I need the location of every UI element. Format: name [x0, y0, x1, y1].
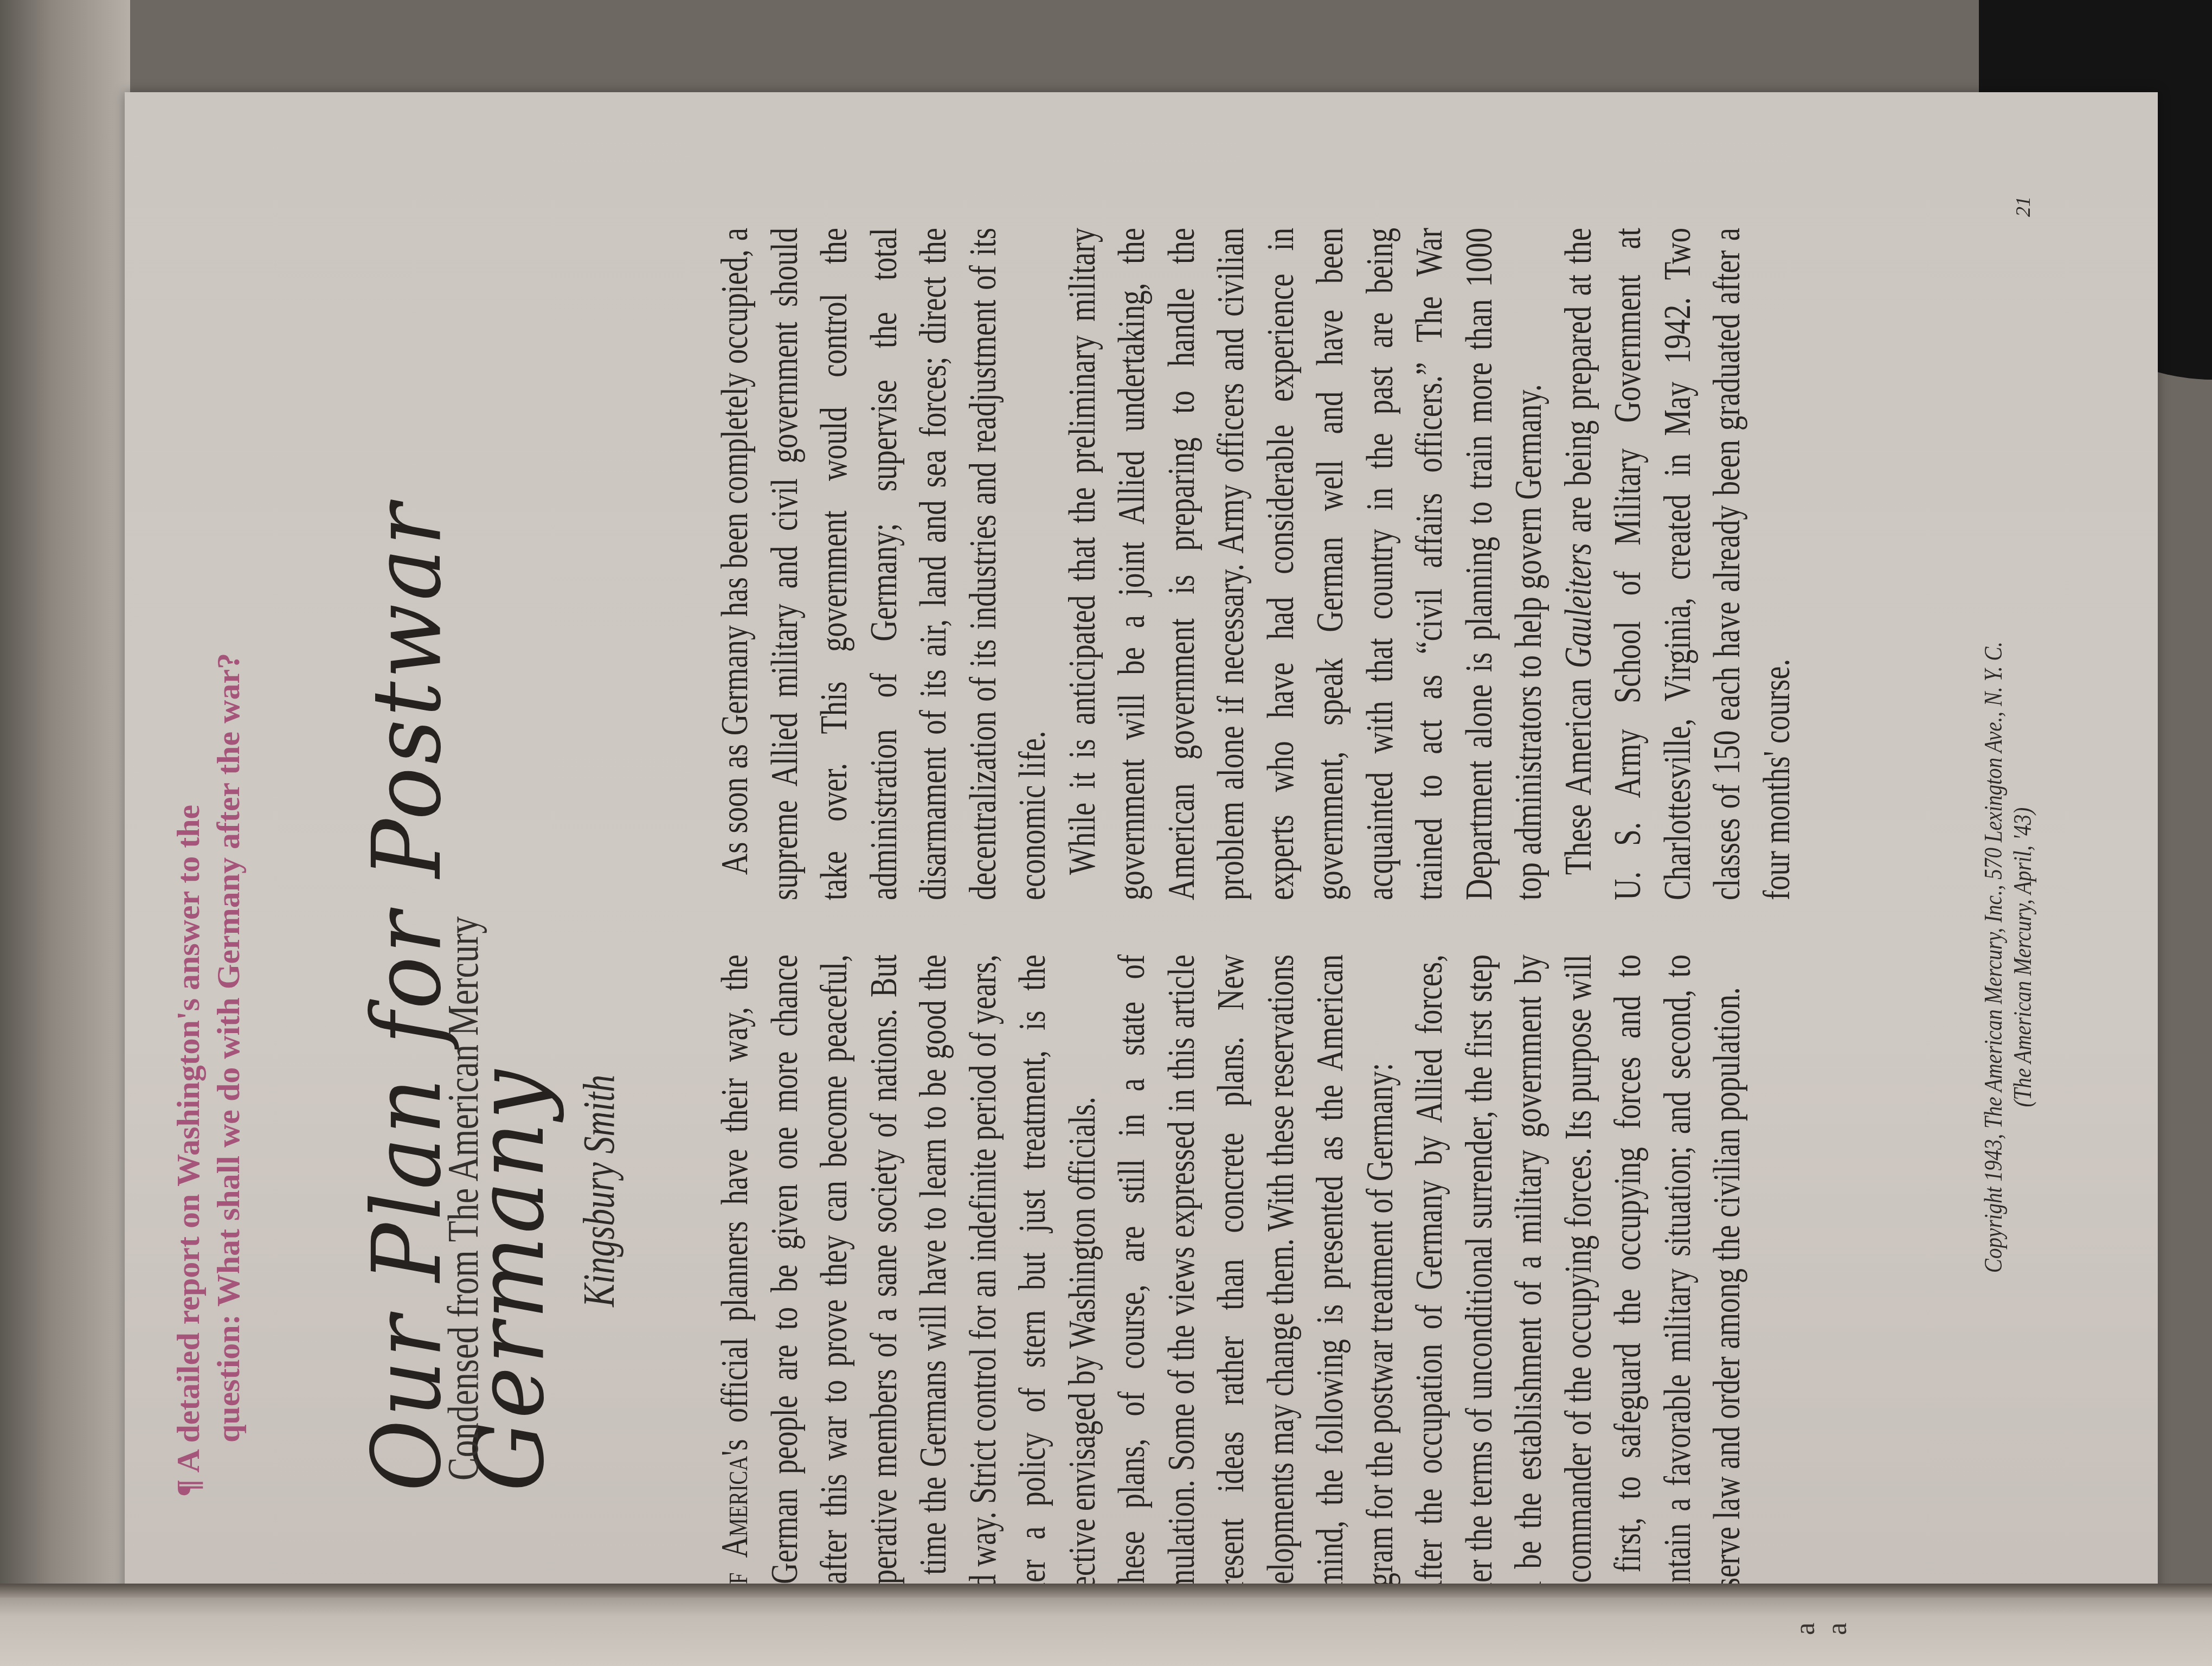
lead-smallcaps: f America — [714, 1456, 756, 1584]
copyright-footer: Copyright 1943, The American Mercury, In… — [1979, 450, 2037, 1464]
author-byline: Kingsbury Smith — [575, 884, 623, 1307]
deck-line-2: question: What shall we do with Germany … — [208, 412, 248, 1497]
paragraph-4: As soon as Germany has been completely o… — [710, 228, 1058, 900]
facing-page-text-fragments: a e; is to a o’ — [1789, 1584, 1853, 1635]
italic-term: Gauleiters — [1558, 543, 1599, 669]
pilcrow-icon: ¶ — [170, 1479, 206, 1497]
left-column-text: If America's official planners have thei… — [710, 954, 1752, 1627]
fragment: a — [1789, 1601, 1821, 1635]
paragraph-1-text: 's official planners have their way, the… — [714, 954, 1103, 1627]
facing-page: a e; is to a o’ — [0, 1584, 2212, 1666]
paragraph-1: If America's official planners have thei… — [710, 954, 1107, 1627]
book-underpage-strip — [0, 0, 130, 1666]
page-number: 21 — [2011, 196, 2035, 217]
fragment: a — [1821, 1601, 1853, 1635]
magazine-page: ¶A detailed report on Washington's answe… — [125, 92, 2158, 1627]
paragraph-5: While it is anticipated that the prelimi… — [1058, 228, 1554, 900]
right-column: As soon as Germany has been completely o… — [710, 228, 1802, 900]
source-line: (The American Mercury, April, '43) — [2008, 450, 2037, 1464]
page-edge-shadow — [0, 1584, 2212, 1598]
right-column-text: As soon as Germany has been completely o… — [710, 228, 1802, 900]
paragraph-3: After the occupation of Germany by Allie… — [1405, 954, 1752, 1627]
paragraph-2: These plans, of course, are still in a s… — [1107, 954, 1405, 1627]
page-paper: ¶A detailed report on Washington's answe… — [125, 92, 2158, 1627]
deck-line-1: A detailed report on Washington's answer… — [170, 805, 206, 1473]
left-column: If America's official planners have thei… — [710, 954, 1752, 1627]
copyright-line: Copyright 1943, The American Mercury, In… — [1979, 450, 2008, 1464]
article-deck: ¶A detailed report on Washington's answe… — [168, 412, 248, 1497]
source-credit: Condensed from The American Mercury — [439, 613, 488, 1481]
paragraph-6: These American Gauleiters are being prep… — [1554, 228, 1802, 900]
